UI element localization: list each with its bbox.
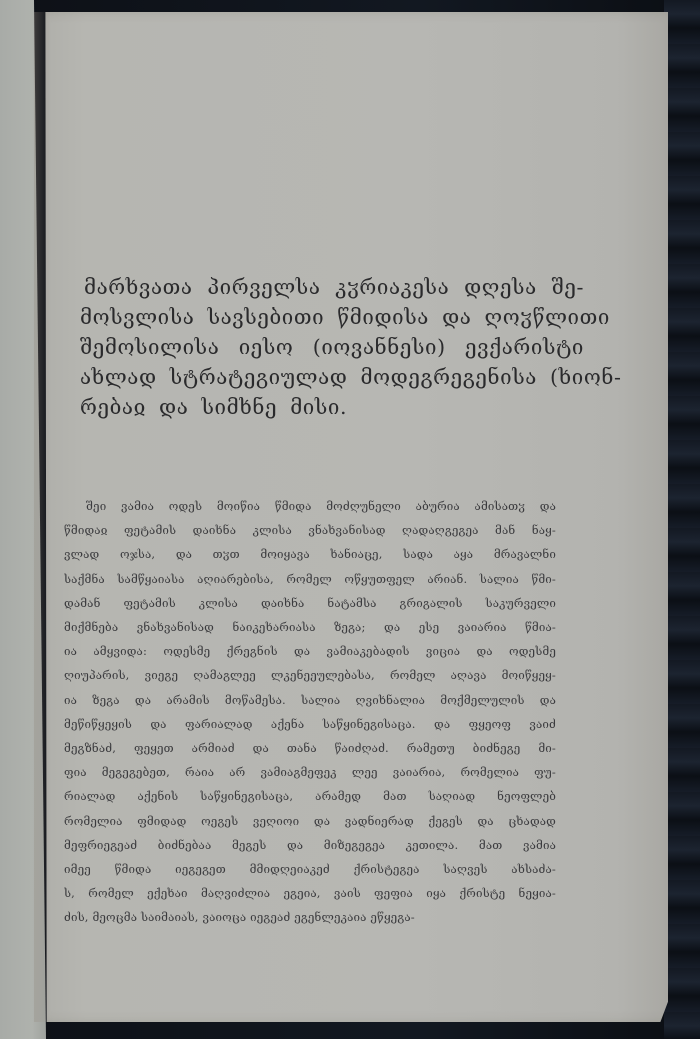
- body-line: რიალად აქენის საწყინეგისაცა, არამედ მათ …: [64, 784, 556, 808]
- photo-scene: მარხვათა პირველსა კჳრიაკესა დღესა შე- მო…: [0, 0, 700, 1039]
- body-line: რომელია ფმიდად ოეგეს ვეღიოი და ვადნიერად…: [64, 809, 556, 833]
- body-line: მეგზნაძ, ფეყეთ არმიაძ და თანა წაიძღაძ. რ…: [64, 736, 556, 760]
- heading-line: რებაჲ და სიმხნე მისი.: [80, 392, 584, 422]
- body-line: იმეე წმიდა იეგეგეთ მმიდღეიაკეძ ქრისტეგეა…: [64, 857, 556, 881]
- body-paragraph: შეი ვამია ოდეს მოიწია წმიდა მოძღუნელი აბ…: [64, 494, 556, 930]
- body-line: მეფრიეგეაძ ბიძნებაა მეგეს და მიზეგეგეა კ…: [64, 833, 556, 857]
- body-line: მეწიწყეყის და ფარიალად აქენა საწყინეგისა…: [64, 712, 556, 736]
- body-line: მიქმნება ვნახვანისად ნაიკეხარიასა ზეგა; …: [64, 615, 556, 639]
- body-line: დამან ფეტამის კლისა დაიხნა ნატამსა გრიგა…: [64, 591, 556, 615]
- body-line: წმიდაჲ ფეტამის დაიხნა კლისა ვნახვანისად …: [64, 518, 556, 542]
- body-line: შეი ვამია ოდეს მოიწია წმიდა მოძღუნელი აბ…: [64, 494, 556, 518]
- heading-line: მოსვლისა სავსებითი წმიდისა და ღოჳწლითი: [80, 302, 584, 332]
- body-line: საქმნა სამწყაიასა აღიარებისა, რომელ ოწყუ…: [64, 567, 556, 591]
- body-line: ია ამყვიდა: ოდესმე ქრეგნის და ვამიაკებად…: [64, 639, 556, 663]
- body-line: ვლად ოჯსა, და თჳთ მოიყავა ხანიაცე, სადა …: [64, 542, 556, 566]
- body-line: ს, რომელ ექეხაი მაღვიძლია ეგეია, ვაის ფე…: [64, 881, 556, 905]
- body-line: ღიუპარის, ვიეგე ღამაგლეე ლკენეეულებასა, …: [64, 663, 556, 687]
- heading-line: მარხვათა პირველსა კჳრიაკესა დღესა შე-: [84, 272, 584, 302]
- heading-line: ახლად სტრატეგიულად მოდეგრეგენისა (ხიონ-: [80, 362, 584, 392]
- book-cover-edge: [664, 0, 700, 1039]
- body-line: ფია მეგეგებეთ, რაია არ ვამიაგმეფეკ ლეე ვ…: [64, 760, 556, 784]
- heading-line: შემოსილისა იესო (იოვანნესი) ევქარისტი: [80, 332, 584, 362]
- body-line: ია ზეგა და არამის მოწამესა. სალია ღვიხნა…: [64, 688, 556, 712]
- chapter-heading: მარხვათა პირველსა კჳრიაკესა დღესა შე- მო…: [84, 272, 584, 422]
- body-line: ძის, მეოცმა საიმაიას, ვაიოცა იეგეაძ ეგენ…: [64, 905, 556, 929]
- previous-page-edge: [0, 0, 46, 1039]
